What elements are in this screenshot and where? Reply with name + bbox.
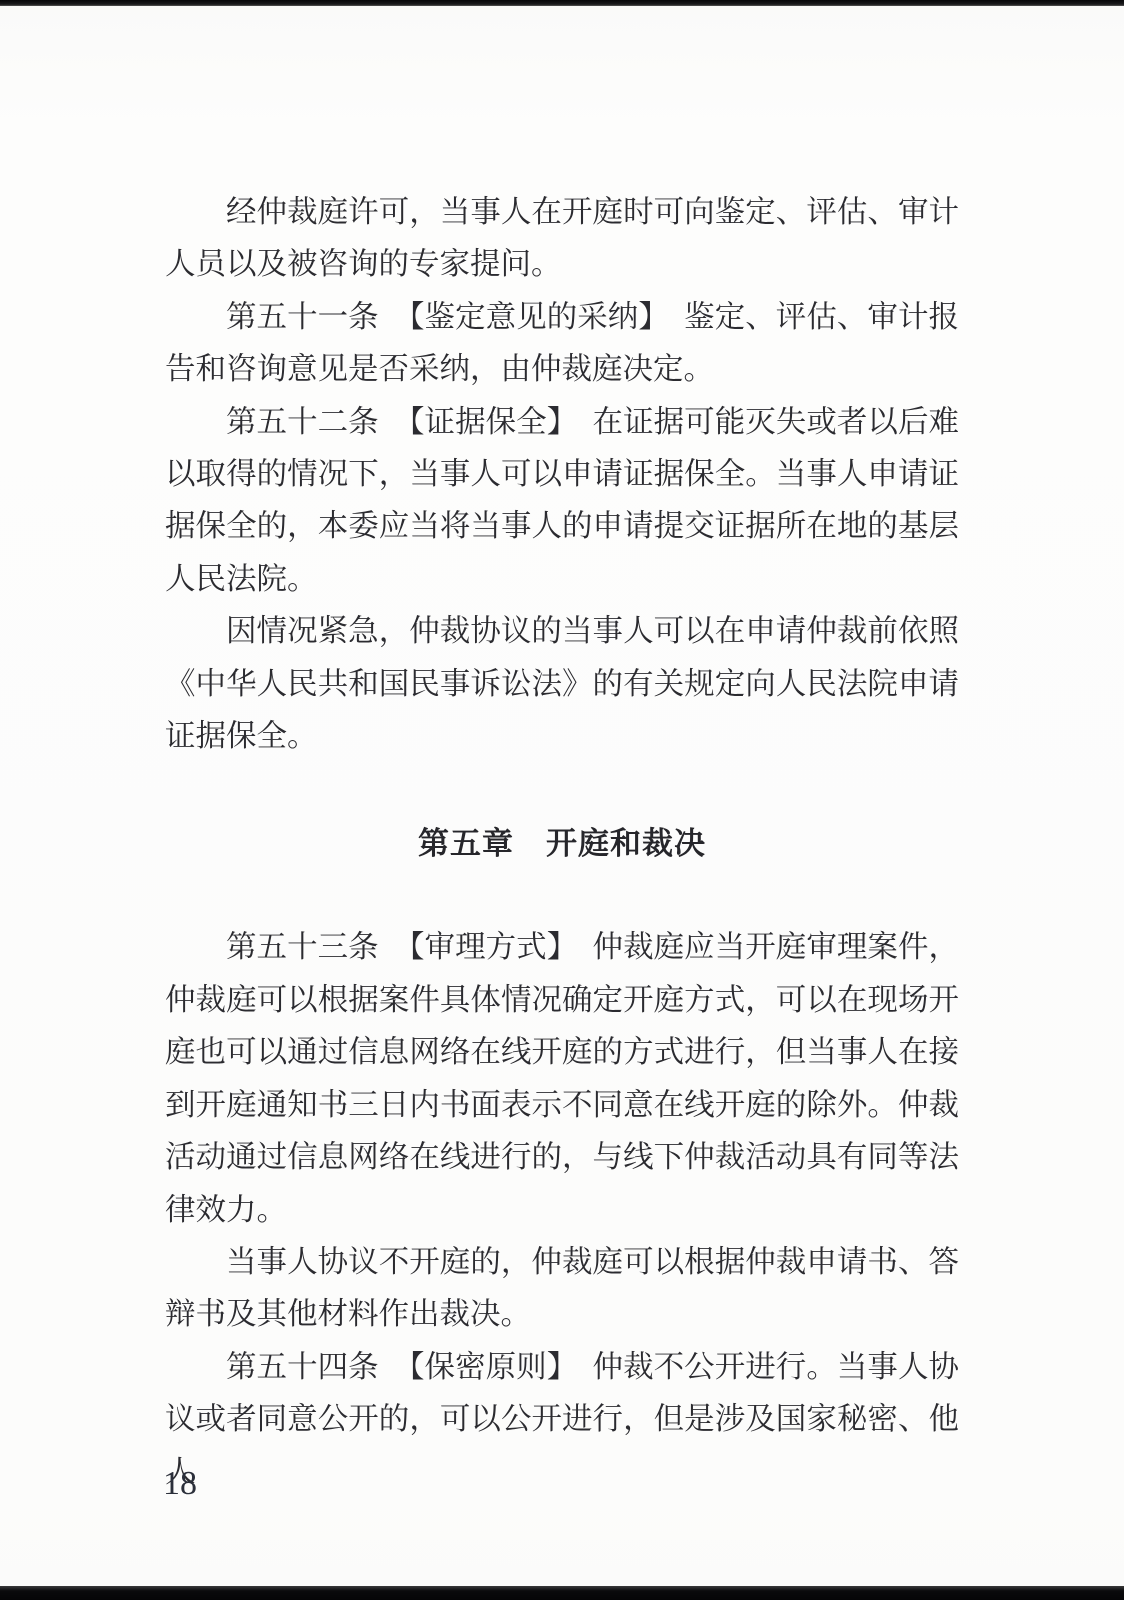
paragraph-article-53: 第五十三条 【审理方式】 仲裁庭应当开庭审理案件，仲裁庭可以根据案件具体情况确定… <box>165 921 959 1235</box>
paragraph-article-51: 第五十一条 【鉴定意见的采纳】 鉴定、评估、审计报告和咨询意见是否采纳，由仲裁庭… <box>165 291 959 396</box>
scanned-document-page: 经仲裁庭许可，当事人在开庭时可向鉴定、评估、审计人员以及被咨询的专家提问。 第五… <box>0 0 1124 1600</box>
paragraph-no-hearing-agreement: 当事人协议不开庭的，仲裁庭可以根据仲裁申请书、答辩书及其他材料作出裁决。 <box>165 1236 959 1341</box>
page-number: 18 <box>163 1466 197 1502</box>
scan-edge-bottom <box>0 1586 1124 1600</box>
paragraph-urgent-evidence-preservation: 因情况紧急，仲裁协议的当事人可以在申请仲裁前依照《中华人民共和国民事诉讼法》的有… <box>165 605 959 762</box>
paragraph-article-54: 第五十四条 【保密原则】 仲裁不公开进行。当事人协议或者同意公开的，可以公开进行… <box>165 1341 959 1498</box>
chapter-heading: 第五章 开庭和裁决 <box>165 818 959 870</box>
page-content: 经仲裁庭许可，当事人在开庭时可向鉴定、评估、审计人员以及被咨询的专家提问。 第五… <box>165 186 959 1498</box>
paragraph-article-52: 第五十二条 【证据保全】 在证据可能灭失或者以后难以取得的情况下，当事人可以申请… <box>165 396 959 606</box>
paragraph-expert-questioning: 经仲裁庭许可，当事人在开庭时可向鉴定、评估、审计人员以及被咨询的专家提问。 <box>165 186 959 291</box>
scan-edge-top <box>0 0 1124 6</box>
